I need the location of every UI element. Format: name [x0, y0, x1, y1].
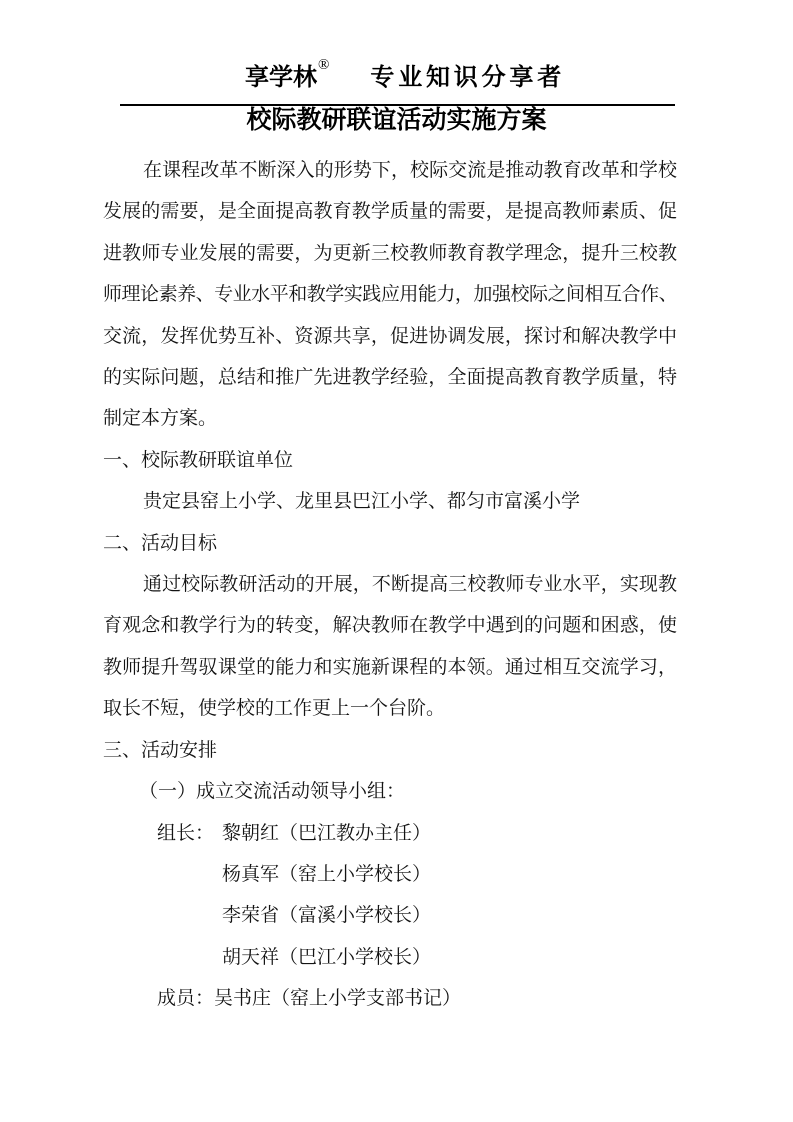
brand-text: 享学林 — [245, 62, 317, 94]
intro-line: 进教师专业发展的需要，为更新三校教师教育教学理念，提升三校教 — [103, 233, 677, 274]
leader-name-line: 胡天祥（巴江小学校长） — [103, 937, 677, 978]
leader-name-line: 杨真军（窑上小学校长） — [103, 854, 677, 895]
intro-line: 交流，发挥优势互补、资源共享，促进协调发展，探讨和解决教学中 — [103, 316, 677, 357]
brand-tagline: 专业知识分享者 — [370, 62, 565, 94]
section2-line: 通过校际教研活动的开展，不断提高三校教师专业水平，实现教 — [103, 564, 677, 605]
member-label: 成员： — [157, 988, 214, 1009]
member-line: 成员：吴书庄（窑上小学支部书记） — [103, 978, 677, 1019]
intro-line: 师理论素养、专业水平和教学实践应用能力，加强校际之间相互合作、 — [103, 274, 677, 315]
section2-line: 教师提升驾驭课堂的能力和实施新课程的本领。通过相互交流学习， — [103, 647, 677, 688]
section2-line: 取长不短，使学校的工作更上一个台阶。 — [103, 688, 677, 729]
brand-header: 享学林® 专业知识分享者 — [245, 62, 565, 94]
intro-line: 制定本方案。 — [103, 398, 677, 439]
intro-line: 的实际问题，总结和推广先进教学经验，全面提高教育教学质量，特 — [103, 357, 677, 398]
section1-heading: 一、校际教研联谊单位 — [103, 440, 677, 481]
leader-name-line: 李荣省（富溪小学校长） — [103, 895, 677, 936]
leader-name: 黎朝红（巴江教办主任） — [222, 823, 431, 844]
section2-line: 育观念和教学行为的转变，解决教师在教学中遇到的问题和困惑，使 — [103, 605, 677, 646]
intro-line: 在课程改革不断深入的形势下，校际交流是推动教育改革和学校 — [103, 150, 677, 191]
section1-schools: 贵定县窑上小学、龙里县巴江小学、都匀市富溪小学 — [103, 481, 677, 522]
page-title: 校际教研联谊活动实施方案 — [0, 102, 793, 140]
leader-label: 组长： — [157, 823, 214, 844]
document-body: 在课程改革不断深入的形势下，校际交流是推动教育改革和学校 发展的需要，是全面提高… — [103, 150, 677, 1020]
section3-subsection1: （一）成立交流活动领导小组： — [103, 771, 677, 812]
section2-heading: 二、活动目标 — [103, 523, 677, 564]
intro-line: 发展的需要，是全面提高教育教学质量的需要，是提高教师素质、促 — [103, 191, 677, 232]
section3-heading: 三、活动安排 — [103, 730, 677, 771]
document-page: 享学林® 专业知识分享者 校际教研联谊活动实施方案 在课程改革不断深入的形势下，… — [0, 0, 793, 1122]
leader-line: 组长：黎朝红（巴江教办主任） — [103, 813, 677, 854]
member-name: 吴书庄（窑上小学支部书记） — [214, 988, 461, 1009]
registered-trademark-icon: ® — [318, 58, 329, 73]
